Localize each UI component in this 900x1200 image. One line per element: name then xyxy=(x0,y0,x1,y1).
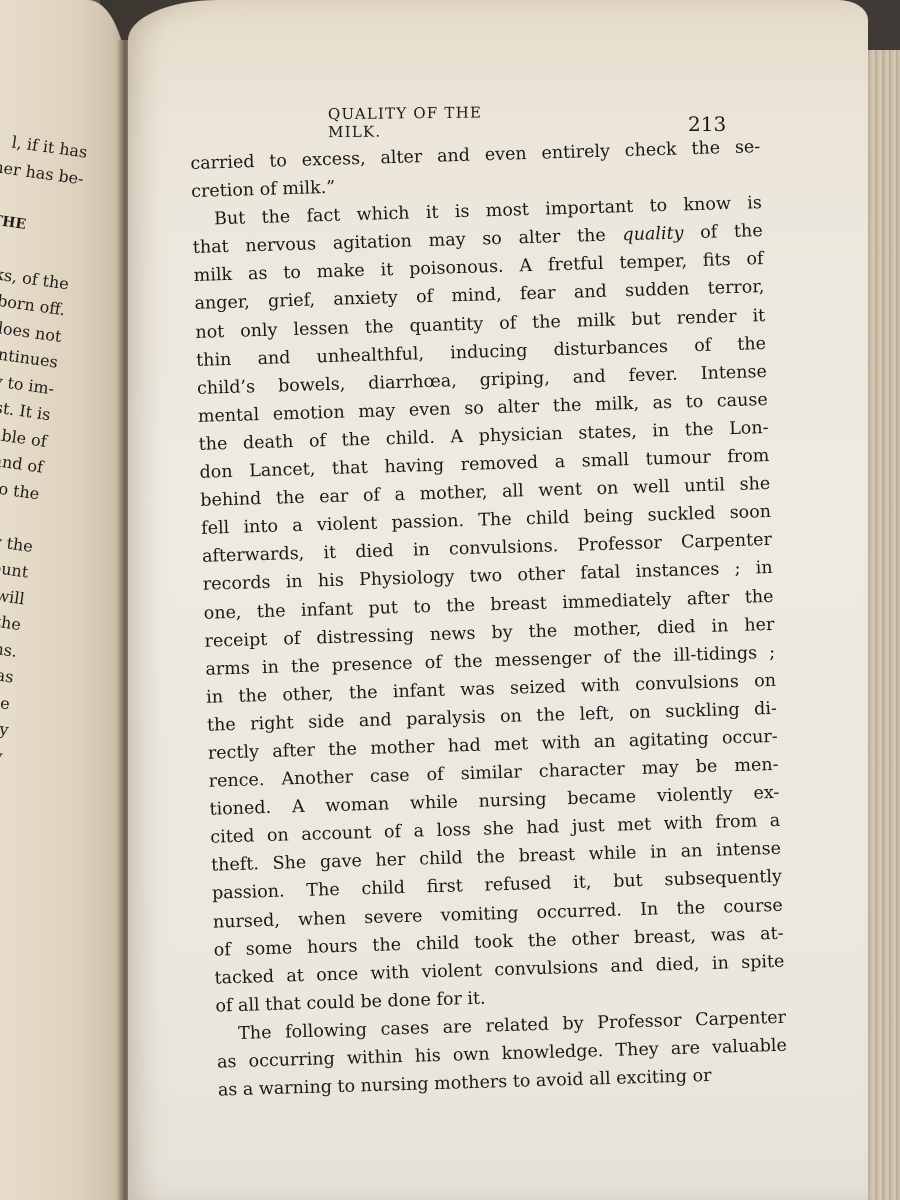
page-edges xyxy=(864,50,900,1200)
left-page: l, if it hasher has be-THErks, of thenbo… xyxy=(0,0,128,1200)
left-page-text: l, if it hasher has be-THErks, of thenbo… xyxy=(0,127,89,1006)
running-head: QUALITY OF THE MILK. xyxy=(328,103,538,141)
right-page: QUALITY OF THE MILK. 213 carried to exce… xyxy=(128,0,868,1200)
page-number: 213 xyxy=(688,112,726,136)
body-text: carried to excess, alter and even entire… xyxy=(190,133,788,1105)
